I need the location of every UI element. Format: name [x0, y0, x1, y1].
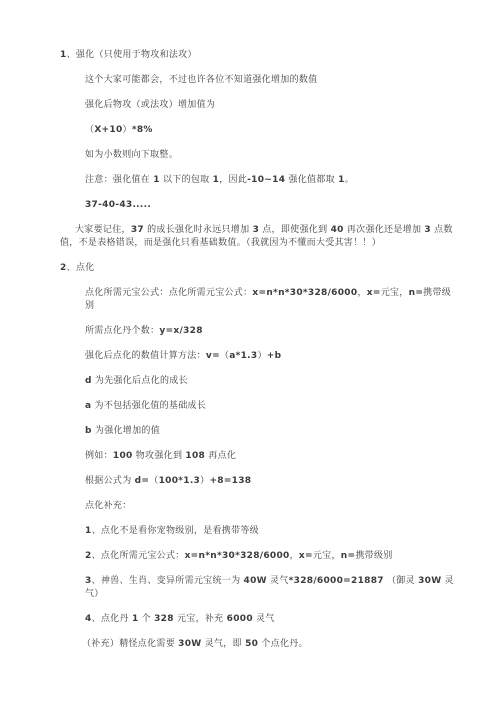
text-run: （补充）精怪点化需要 — [82, 639, 178, 649]
text-run: （御灵 — [384, 576, 418, 586]
text-run: 以下的包取 — [160, 175, 213, 185]
numeric-run: n= — [341, 551, 356, 561]
numeric-run: 108 — [185, 451, 205, 461]
numeric-run: d — [85, 376, 92, 386]
text-run: 的成长强化时永远只增加 — [144, 225, 253, 235]
numeric-run: X+10 — [94, 125, 122, 135]
text-run: 元宝， — [381, 288, 409, 298]
text-run: 、点化丹 — [92, 614, 132, 624]
text-run: 物攻强化到 — [133, 451, 186, 461]
text-run: 元宝， — [313, 551, 341, 561]
text-run: 强化后物攻（或法攻）增加值为 — [85, 100, 215, 110]
text-run: （ — [149, 476, 158, 486]
paragraph: 如为小数则向下取整。 — [85, 149, 455, 162]
numeric-run: 50 — [245, 639, 258, 649]
paragraph: a 为不包括强化值的基础成长 — [85, 400, 455, 413]
paragraph: 点化所需元宝公式：点化所需元宝公式：x=n*n*30*328/6000，x=元宝… — [85, 287, 455, 313]
paragraph: 强化后点化的数值计算方法：v=（a*1.3）+b — [85, 350, 455, 363]
numeric-run: 40 — [331, 225, 344, 235]
text-run: （ — [85, 125, 94, 135]
numeric-run: 100 — [113, 451, 133, 461]
numeric-run: 6000 — [227, 614, 253, 624]
text-run: 、神兽、生肖、变异所需元宝统一为 — [92, 576, 244, 586]
numeric-run: d= — [135, 476, 150, 486]
text-run: 灵气 — [267, 576, 289, 586]
text-run: （ — [220, 351, 229, 361]
text-run: 。 — [345, 175, 354, 185]
text-run: 所需点化丹个数： — [85, 326, 159, 336]
numeric-run: a*1.3 — [229, 351, 257, 361]
text-run: 个 — [139, 614, 155, 624]
paragraph: d 为先强化后点化的成长 — [85, 375, 455, 388]
numeric-run: y=x/328 — [159, 326, 202, 336]
document-page: 1、强化（只使用于物攻和法攻）这个大家可能都会，不过也许各位不知道强化增加的数值… — [0, 0, 496, 702]
numeric-run: n= — [409, 288, 424, 298]
paragraph: 1、强化（只使用于物攻和法攻） — [60, 49, 455, 62]
numeric-run: *8% — [132, 125, 153, 135]
text-run: 为强化增加的值 — [92, 426, 160, 436]
text-run: ） — [123, 125, 132, 135]
text-run: 个点化丹。 — [258, 639, 308, 649]
numeric-run: 30W — [418, 576, 441, 586]
numeric-run: b — [85, 426, 92, 436]
numeric-run: 40W — [244, 576, 267, 586]
paragraph: （补充）精怪点化需要 30W 灵气，即 50 个点化丹。 — [82, 638, 455, 651]
text-run: 再点化 — [205, 451, 236, 461]
paragraph: 3、神兽、生肖、变异所需元宝统一为 40W 灵气*328/6000=21887 … — [85, 575, 455, 601]
text-run: 如为小数则向下取整。 — [85, 150, 178, 160]
numeric-run: x= — [367, 288, 381, 298]
text-run: 、强化（只使用于物攻和法攻） — [67, 50, 197, 60]
text-run: ， — [357, 288, 366, 298]
text-run: 灵气 — [253, 614, 275, 624]
text-run: 元宝，补充 — [174, 614, 227, 624]
numeric-run: 37 — [131, 225, 144, 235]
text-run: ， — [290, 551, 299, 561]
paragraph-list: 1、强化（只使用于物攻和法攻）这个大家可能都会，不过也许各位不知道强化增加的数值… — [60, 49, 455, 651]
text-run: ，因此 — [219, 175, 247, 185]
numeric-run: v= — [206, 351, 220, 361]
text-run: 、点化 — [67, 263, 95, 273]
text-run: 点化所需元宝公式：点化所需元宝公式： — [85, 288, 252, 298]
text-run: 注意：强化值在 — [85, 175, 153, 185]
paragraph: 4、点化丹 1 个 328 元宝，补充 6000 灵气 — [85, 613, 455, 626]
numeric-run: x=n*n*30*328/6000 — [252, 288, 357, 298]
paragraph: 2、点化所需元宝公式：x=n*n*30*328/6000，x=元宝，n=携带级别 — [85, 550, 455, 563]
numeric-run: x=n*n*30*328/6000 — [185, 551, 290, 561]
paragraph: 点化补充： — [85, 500, 455, 513]
text-run: 、点化所需元宝公式： — [92, 551, 185, 561]
text-run: 根据公式为 — [85, 476, 135, 486]
text-run: 为不包括强化值的基础成长 — [91, 401, 206, 411]
text-run: 点化补充： — [85, 501, 132, 511]
text-run: 大家要记住， — [75, 225, 131, 235]
text-run: ） — [257, 351, 266, 361]
text-run: 强化后点化的数值计算方法： — [85, 351, 206, 361]
paragraph: 1、点化不是看你宠物级别，是看携带等级 — [85, 525, 455, 538]
numeric-run: -10~14 — [247, 175, 285, 185]
text-run: 强化值都取 — [285, 175, 338, 185]
paragraph: 例如：100 物攻强化到 108 再点化 — [85, 450, 455, 463]
paragraph: 强化后物攻（或法攻）增加值为 — [85, 99, 455, 112]
paragraph: 大家要记住，37 的成长强化时永远只增加 3 点，即使强化到 40 再次强化还是… — [60, 224, 454, 250]
paragraph: 所需点化丹个数：y=x/328 — [85, 325, 455, 338]
numeric-run: 100*1.3 — [159, 476, 201, 486]
text-run: 再次强化还是增加 — [344, 225, 425, 235]
paragraph: 根据公式为 d=（100*1.3）+8=138 — [85, 475, 455, 488]
paragraph: （X+10）*8% — [85, 124, 455, 137]
text-run: 点，即使强化到 — [259, 225, 330, 235]
paragraph: 注意：强化值在 1 以下的包取 1，因此-10~14 强化值都取 1。 — [85, 174, 455, 187]
numeric-run: 30W — [178, 639, 201, 649]
numeric-run: x= — [299, 551, 313, 561]
numeric-run: +8=138 — [209, 476, 251, 486]
numeric-run: 37-40-43..... — [85, 200, 151, 210]
numeric-run: 328 — [154, 614, 174, 624]
paragraph: 这个大家可能都会，不过也许各位不知道强化增加的数值 — [85, 74, 455, 87]
paragraph: b 为强化增加的值 — [85, 425, 455, 438]
text-run: 、点化不是看你宠物级别，是看携带等级 — [92, 526, 259, 536]
text-run: 携带级别 — [355, 551, 392, 561]
text-run: 例如： — [85, 451, 113, 461]
numeric-run: *328/6000=21887 — [289, 576, 384, 586]
paragraph: 2、点化 — [60, 262, 455, 275]
text-run: 为先强化后点化的成长 — [92, 376, 188, 386]
paragraph: 37-40-43..... — [85, 199, 455, 212]
text-run: 灵气，即 — [202, 639, 246, 649]
text-run: 这个大家可能都会，不过也许各位不知道强化增加的数值 — [85, 75, 318, 85]
numeric-run: +b — [267, 351, 282, 361]
